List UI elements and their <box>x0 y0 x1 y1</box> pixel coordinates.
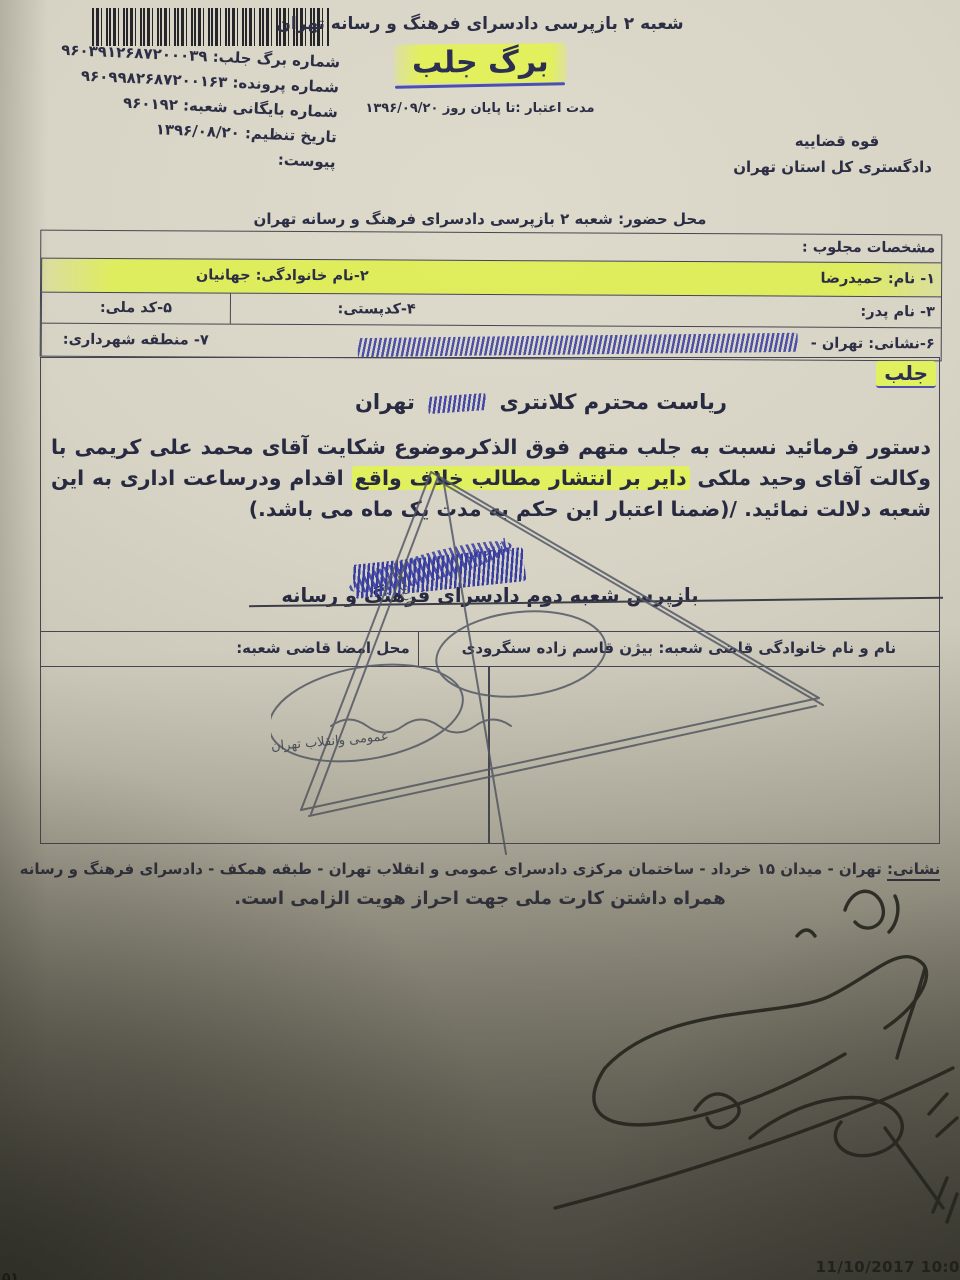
attachment-label: پیوست: <box>277 151 336 172</box>
subject-table: مشخصات مجلوب : ۱- نام: حمیدرضا ۲-نام خان… <box>40 230 943 362</box>
addressee-pre: ریاست محترم کلانتری <box>500 390 727 414</box>
handwritten-ink-signature <box>545 878 960 1228</box>
branch-title: شعبه ۲ بازپرسی دادسرای فرهنگ و رسانه تهر… <box>140 14 820 34</box>
addressee-line: ریاست محترم کلانتری تهران <box>355 390 727 414</box>
table-row: ۳- نام پدر: ۴-کدپستی: ۵-کد ملی: <box>41 292 941 328</box>
national-id-cell: ۵-کد ملی: <box>41 293 230 324</box>
camera-timestamp: 11/10/2017 10:0 <box>816 1258 960 1276</box>
issue-date-label: تاریخ تنظیم: <box>245 124 338 146</box>
municipal-zone-cell: ۷- منطقه شهرداری: <box>41 324 230 357</box>
section-title: مشخصات مجلوب : <box>796 235 942 263</box>
attendance-location-line: محل حضور: شعبه ۲ بازپرسی دادسرای فرهنگ و… <box>0 210 960 228</box>
footer-address-line: نشانی: تهران - میدان ۱۵ خرداد - ساختمان … <box>0 860 960 878</box>
order-tag-highlighted: جلب <box>876 361 936 388</box>
address-label: ۶-نشانی: تهران - <box>811 336 935 353</box>
authority-line-2: دادگستری کل استان تهران <box>742 154 932 180</box>
authority-line-1: قوه قضاییه <box>742 128 932 154</box>
document-title-highlighted: برگ جلب <box>393 43 566 84</box>
validity-line: مدت اعتبار :تا پایان روز ۱۳۹۶/۰۹/۲۰ <box>140 101 820 116</box>
pen-scribble-station-name <box>428 392 487 413</box>
photo-of-summons-document: شماره برگ جلب: ۹۶۰۳۹۱۲۶۸۷۲۰۰۰۳۹ شماره پر… <box>0 0 960 1280</box>
issue-date-value: ۱۳۹۶/۰۸/۲۰ <box>155 120 240 142</box>
father-name-cell: ۳- نام پدر: <box>522 295 941 327</box>
pen-scribble-redaction <box>358 332 798 356</box>
stamp-side-text: بازپرس <box>395 569 417 609</box>
hand-drawn-triangle-stamp: عمومی وانقلاب تهران بازپرس <box>271 458 891 858</box>
table-row: ۱- نام: حمیدرضا ۲-نام خانوادگی: جهانیان <box>41 258 941 297</box>
document-header: شعبه ۲ بازپرسی دادسرای فرهنگ و رسانه تهر… <box>140 14 820 116</box>
authority-block: قوه قضاییه دادگستری کل استان تهران <box>742 128 932 180</box>
table-row: ۶-نشانی: تهران - ۷- منطقه شهرداری: <box>41 323 941 361</box>
order-box: جلب ریاست محترم کلانتری تهران دستور فرما… <box>40 357 940 844</box>
addressee-post: تهران <box>355 390 415 414</box>
address-cell: ۶-نشانی: تهران - <box>230 325 941 361</box>
footer-address-value: تهران - میدان ۱۵ خرداد - ساختمان مرکزی د… <box>20 860 882 878</box>
postal-code-cell: ۴-کدپستی: <box>230 294 523 326</box>
first-name-cell: ۱- نام: حمیدرضا <box>523 261 942 296</box>
family-name-cell: ۲-نام خانوادگی: جهانیان <box>41 259 523 295</box>
corner-page-mark: ۵۱ <box>2 1270 19 1280</box>
